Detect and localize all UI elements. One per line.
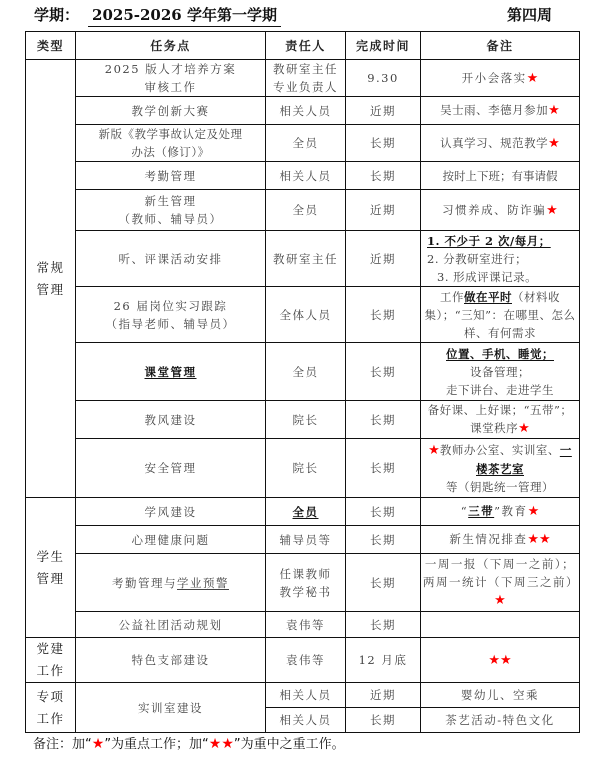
table-row: 心理健康问题 辅导员等 长期 新生情况排查★★ bbox=[26, 526, 580, 554]
owner-text: 教研室主任 专业负责人 bbox=[273, 62, 338, 94]
star-icon: ★ bbox=[528, 504, 540, 519]
double-star-icon: ★★ bbox=[209, 736, 234, 752]
owner-cell: 袁伟等 bbox=[266, 638, 346, 683]
star-icon: ★ bbox=[518, 421, 530, 436]
star-icon: ★ bbox=[548, 103, 560, 118]
term-label: 学期： bbox=[34, 4, 79, 25]
owner-cell: 全员 bbox=[266, 125, 346, 162]
table-row: 安全管理 院长 长期 ★教师办公室、实训室、一楼茶艺室等（钥匙统一管理） bbox=[26, 439, 580, 498]
owner-cell: 相关人员 bbox=[266, 97, 346, 125]
remark-line-text: 1. 不少于 2 次/每月； bbox=[427, 234, 551, 248]
owner-cell: 任课教师 教学秘书 bbox=[266, 554, 346, 612]
owner-cell: 全员 bbox=[266, 498, 346, 526]
remark-cell: 习惯养成、防诈骗★ bbox=[421, 190, 580, 231]
deadline-cell: 长期 bbox=[346, 708, 421, 733]
remark-cell: ★★ bbox=[421, 638, 580, 683]
remark-cell: 一周一报（下周一之前）；两周一统计（下周三之前）★ bbox=[421, 554, 580, 612]
remark-line-text: 位置、手机、睡觉； bbox=[446, 347, 554, 361]
remark-text: 新生情况排查 bbox=[449, 532, 527, 546]
col-header-deadline: 完成时间 bbox=[346, 32, 421, 60]
remark-cell: 按时上下班；有事请假 bbox=[421, 162, 580, 190]
work-plan-table: 类型 任务点 责任人 完成时间 备注 常规 管理 2025 版人才培养方案 审核… bbox=[25, 31, 580, 733]
remark-line-2: 设备管理； bbox=[423, 363, 577, 381]
deadline-cell: 长期 bbox=[346, 162, 421, 190]
task-text: 课堂管理 bbox=[145, 365, 197, 379]
deadline-cell: 9.30 bbox=[346, 60, 421, 97]
task-text: 26 届岗位实习跟踪 （指导老师、辅导员） bbox=[106, 299, 236, 331]
task-text: 新版《教学事故认定及处理 办法（修订）》 bbox=[99, 127, 243, 159]
deadline-cell: 长期 bbox=[346, 439, 421, 498]
owner-cell: 辅导员等 bbox=[266, 526, 346, 554]
task-cell: 新生管理 （教师、辅导员） bbox=[76, 190, 266, 231]
table-header-row: 类型 任务点 责任人 完成时间 备注 bbox=[26, 32, 580, 60]
star-icon: ★ bbox=[527, 71, 539, 86]
type-label: 专项 工作 bbox=[36, 689, 64, 726]
remark-cell: 位置、手机、睡觉； 设备管理； 走下讲台、走进学生 bbox=[421, 343, 580, 401]
deadline-cell: 长期 bbox=[346, 498, 421, 526]
owner-cell: 院长 bbox=[266, 401, 346, 439]
footnote-text: ”为重中之重工作。 bbox=[234, 737, 345, 752]
col-header-remark: 备注 bbox=[421, 32, 580, 60]
task-cell: 安全管理 bbox=[76, 439, 266, 498]
remark-line-text: 3. 形成评课记录。 bbox=[437, 270, 537, 284]
task-cell: 公益社团活动规划 bbox=[76, 612, 266, 638]
title-bar: 学期： 2025-2026 学年第一学期 第四周 bbox=[34, 4, 574, 26]
term-value: 2025-2026 学年第一学期 bbox=[88, 4, 281, 27]
table-row: 学生 管理 学风建设 全员 长期 “三带”教育★ bbox=[26, 498, 580, 526]
type-label: 学生 管理 bbox=[36, 549, 64, 586]
remark-cell: “三带”教育★ bbox=[421, 498, 580, 526]
table-row: 听、评课活动安排 教研室主任 近期 1. 不少于 2 次/每月； 2. 分教研室… bbox=[26, 231, 580, 287]
task-cell: 心理健康问题 bbox=[76, 526, 266, 554]
owner-text: 全员 bbox=[293, 505, 319, 519]
double-star-icon: ★★ bbox=[488, 653, 511, 668]
task-emphasis: 学业预警 bbox=[177, 576, 229, 590]
deadline-cell: 近期 bbox=[346, 97, 421, 125]
deadline-cell: 12 月底 bbox=[346, 638, 421, 683]
remark-emphasis: 做在平时 bbox=[464, 290, 512, 304]
remark-line-1: 位置、手机、睡觉； bbox=[423, 345, 577, 363]
deadline-cell: 近期 bbox=[346, 683, 421, 708]
remark-text: 吴士雨、李德月参加 bbox=[440, 103, 548, 117]
remark-text: 开小会落实 bbox=[462, 71, 527, 85]
remark-line-3: 走下讲台、走进学生 bbox=[423, 381, 577, 399]
owner-cell: 相关人员 bbox=[266, 708, 346, 733]
remark-text: ”教育 bbox=[494, 504, 527, 518]
remark-cell: 工作做在平时（材料收集）；“三知”：在哪里、怎么样、有何需求 bbox=[421, 287, 580, 343]
remark-emphasis: 三带 bbox=[468, 504, 494, 518]
owner-cell: 全员 bbox=[266, 190, 346, 231]
owner-cell: 相关人员 bbox=[266, 683, 346, 708]
task-cell: 教风建设 bbox=[76, 401, 266, 439]
table-row: 常规 管理 2025 版人才培养方案 审核工作 教研室主任 专业负责人 9.30… bbox=[26, 60, 580, 97]
owner-cell: 袁伟等 bbox=[266, 612, 346, 638]
task-cell: 听、评课活动安排 bbox=[76, 231, 266, 287]
table-row: 教风建设 院长 长期 备好课、上好课；“五带”；课堂秩序★ bbox=[26, 401, 580, 439]
remark-text: 认真学习、规范教学 bbox=[440, 136, 548, 150]
table-row: 专项 工作 实训室建设 相关人员 近期 婴幼儿、空乘 bbox=[26, 683, 580, 708]
type-label: 党建 工作 bbox=[36, 641, 64, 678]
remark-text: 备好课、上好课；“五带”；课堂秩序 bbox=[428, 403, 573, 435]
double-star-icon: ★★ bbox=[527, 532, 550, 547]
remark-cell: 茶艺活动-特色文化 bbox=[421, 708, 580, 733]
type-label: 常规 管理 bbox=[36, 260, 64, 297]
remark-cell: 认真学习、规范教学★ bbox=[421, 125, 580, 162]
type-cell-special: 专项 工作 bbox=[26, 683, 76, 733]
task-text: 新生管理 （教师、辅导员） bbox=[119, 194, 223, 226]
remark-cell: 婴幼儿、空乘 bbox=[421, 683, 580, 708]
task-cell: 实训室建设 bbox=[76, 683, 266, 733]
footnote: 备注：加“★”为重点工作；加“★★”为重中之重工作。 bbox=[33, 733, 345, 752]
deadline-cell: 长期 bbox=[346, 401, 421, 439]
star-icon: ★ bbox=[92, 736, 105, 752]
remark-cell: 备好课、上好课；“五带”；课堂秩序★ bbox=[421, 401, 580, 439]
week-label: 第四周 bbox=[507, 4, 552, 25]
type-cell-party: 党建 工作 bbox=[26, 638, 76, 683]
task-cell: 新版《教学事故认定及处理 办法（修订）》 bbox=[76, 125, 266, 162]
remark-text: 教师办公室、实训室、 bbox=[440, 443, 560, 457]
task-cell: 课堂管理 bbox=[76, 343, 266, 401]
table-row: 公益社团活动规划 袁伟等 长期 bbox=[26, 612, 580, 638]
remark-cell bbox=[421, 612, 580, 638]
remark-cell: ★教师办公室、实训室、一楼茶艺室等（钥匙统一管理） bbox=[421, 439, 580, 498]
remark-text: 习惯养成、防诈骗 bbox=[442, 203, 546, 217]
deadline-cell: 长期 bbox=[346, 287, 421, 343]
col-header-owner: 责任人 bbox=[266, 32, 346, 60]
col-header-type: 类型 bbox=[26, 32, 76, 60]
owner-cell: 相关人员 bbox=[266, 162, 346, 190]
remark-cell: 新生情况排查★★ bbox=[421, 526, 580, 554]
remark-text: 一周一报（下周一之前）；两周一统计（下周三之前） bbox=[423, 557, 579, 589]
type-cell-student: 学生 管理 bbox=[26, 498, 76, 638]
table-row: 新版《教学事故认定及处理 办法（修订）》 全员 长期 认真学习、规范教学★ bbox=[26, 125, 580, 162]
deadline-cell: 长期 bbox=[346, 125, 421, 162]
deadline-cell: 长期 bbox=[346, 526, 421, 554]
table-row: 党建 工作 特色支部建设 袁伟等 12 月底 ★★ bbox=[26, 638, 580, 683]
task-cell: 26 届岗位实习跟踪 （指导老师、辅导员） bbox=[76, 287, 266, 343]
table-row: 教学创新大赛 相关人员 近期 吴士雨、李德月参加★ bbox=[26, 97, 580, 125]
table-row: 课堂管理 全员 长期 位置、手机、睡觉； 设备管理； 走下讲台、走进学生 bbox=[26, 343, 580, 401]
footnote-text: 备注：加“ bbox=[33, 737, 92, 752]
remark-text: 等（钥匙统一管理） bbox=[446, 480, 554, 494]
remark-line-1: 1. 不少于 2 次/每月； bbox=[427, 232, 577, 250]
remark-cell: 1. 不少于 2 次/每月； 2. 分教研室进行； 3. 形成评课记录。 bbox=[421, 231, 580, 287]
remark-line-3: 3. 形成评课记录。 bbox=[427, 268, 577, 286]
table-row: 考勤管理与学业预警 任课教师 教学秘书 长期 一周一报（下周一之前）；两周一统计… bbox=[26, 554, 580, 612]
owner-cell: 教研室主任 bbox=[266, 231, 346, 287]
remark-cell: 开小会落实★ bbox=[421, 60, 580, 97]
owner-cell: 全员 bbox=[266, 343, 346, 401]
task-cell: 2025 版人才培养方案 审核工作 bbox=[76, 60, 266, 97]
remark-line-2: 2. 分教研室进行； bbox=[427, 250, 577, 268]
owner-text: 任课教师 教学秘书 bbox=[280, 567, 332, 599]
type-cell-routine: 常规 管理 bbox=[26, 60, 76, 498]
star-icon: ★ bbox=[494, 593, 506, 608]
owner-cell: 全体人员 bbox=[266, 287, 346, 343]
task-text: 考勤管理与 bbox=[112, 576, 177, 590]
table-row: 考勤管理 相关人员 长期 按时上下班；有事请假 bbox=[26, 162, 580, 190]
table-row: 新生管理 （教师、辅导员） 全员 近期 习惯养成、防诈骗★ bbox=[26, 190, 580, 231]
task-cell: 学风建设 bbox=[76, 498, 266, 526]
table-row: 26 届岗位实习跟踪 （指导老师、辅导员） 全体人员 长期 工作做在平时（材料收… bbox=[26, 287, 580, 343]
task-cell: 考勤管理与学业预警 bbox=[76, 554, 266, 612]
deadline-cell: 近期 bbox=[346, 231, 421, 287]
star-icon: ★ bbox=[548, 136, 560, 151]
col-header-task: 任务点 bbox=[76, 32, 266, 60]
deadline-cell: 长期 bbox=[346, 612, 421, 638]
footnote-text: ”为重点工作；加“ bbox=[104, 737, 208, 752]
deadline-cell: 长期 bbox=[346, 554, 421, 612]
remark-cell: 吴士雨、李德月参加★ bbox=[421, 97, 580, 125]
star-icon: ★ bbox=[428, 443, 440, 458]
star-icon: ★ bbox=[546, 203, 558, 218]
owner-cell: 教研室主任 专业负责人 bbox=[266, 60, 346, 97]
task-cell: 教学创新大赛 bbox=[76, 97, 266, 125]
deadline-cell: 近期 bbox=[346, 190, 421, 231]
remark-text: 工作 bbox=[440, 290, 464, 304]
task-cell: 考勤管理 bbox=[76, 162, 266, 190]
task-text: 2025 版人才培养方案 审核工作 bbox=[105, 62, 236, 94]
owner-cell: 院长 bbox=[266, 439, 346, 498]
task-cell: 特色支部建设 bbox=[76, 638, 266, 683]
deadline-cell: 长期 bbox=[346, 343, 421, 401]
